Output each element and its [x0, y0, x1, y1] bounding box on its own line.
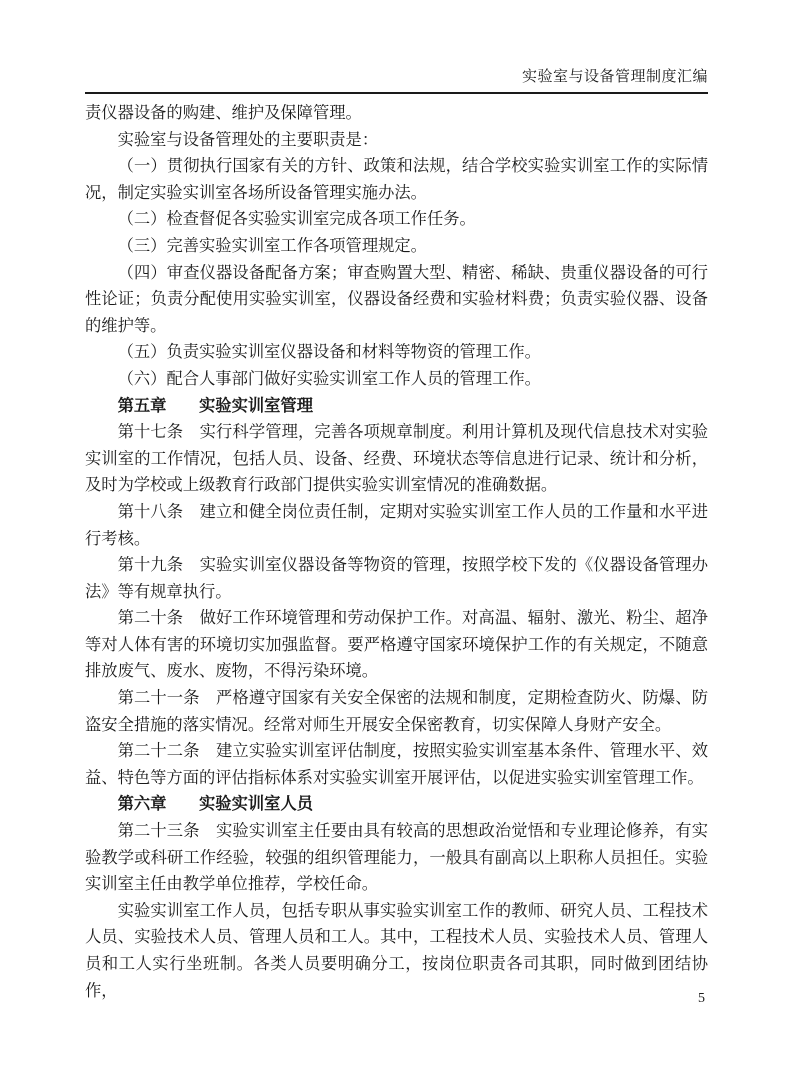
- paragraph: 第二十一条 严格遵守国家有关安全保密的法规和制度，定期检查防火、防爆、防盗安全措…: [85, 685, 708, 738]
- paragraph: 责仪器设备的购建、维护及保障管理。: [85, 100, 708, 127]
- chapter-heading: 第六章 实验实训室人员: [85, 791, 708, 818]
- paragraph: 实验室与设备管理处的主要职责是：: [85, 127, 708, 154]
- paragraph: （二）检查督促各实验实训室完成各项工作任务。: [85, 206, 708, 233]
- paragraph: 第二十条 做好工作环境管理和劳动保护工作。对高温、辐射、激光、粉尘、超净等对人体…: [85, 605, 708, 685]
- header-divider: [85, 92, 708, 94]
- paragraph: （一）贯彻执行国家有关的方针、政策和法规，结合学校实验实训室工作的实际情况，制定…: [85, 153, 708, 206]
- paragraph: （三）完善实验实训室工作各项管理规定。: [85, 233, 708, 260]
- paragraph: 第二十二条 建立实验实训室评估制度，按照实验实训室基本条件、管理水平、效益、特色…: [85, 738, 708, 791]
- paragraph: （六）配合人事部门做好实验实训室工作人员的管理工作。: [85, 366, 708, 393]
- paragraph: 第二十三条 实验实训室主任要由具有较高的思想政治觉悟和专业理论修养，有实验教学或…: [85, 818, 708, 898]
- paragraph: （五）负责实验实训室仪器设备和材料等物资的管理工作。: [85, 339, 708, 366]
- page-footer: 5: [698, 990, 705, 1008]
- header-title: 实验室与设备管理制度汇编: [522, 69, 708, 85]
- paragraph: 第十八条 建立和健全岗位责任制，定期对实验实训室工作人员的工作量和水平进行考核。: [85, 499, 708, 552]
- paragraph: （四）审查仪器设备配备方案；审查购置大型、精密、稀缺、贵重仪器设备的可行性论证；…: [85, 260, 708, 340]
- page-number: 5: [698, 991, 705, 1006]
- document-page: 实验室与设备管理制度汇编 责仪器设备的购建、维护及保障管理。 实验室与设备管理处…: [0, 0, 793, 1077]
- paragraph: 实验实训室工作人员，包括专职从事实验实训室工作的教师、研究人员、工程技术人员、实…: [85, 898, 708, 1004]
- document-body: 责仪器设备的购建、维护及保障管理。 实验室与设备管理处的主要职责是： （一）贯彻…: [85, 100, 708, 1004]
- paragraph: 第十七条 实行科学管理，完善各项规章制度。利用计算机及现代信息技术对实验实训室的…: [85, 419, 708, 499]
- chapter-heading: 第五章 实验实训室管理: [85, 393, 708, 420]
- paragraph: 第十九条 实验实训室仪器设备等物资的管理，按照学校下发的《仪器设备管理办法》等有…: [85, 552, 708, 605]
- page-header: 实验室与设备管理制度汇编: [85, 68, 708, 87]
